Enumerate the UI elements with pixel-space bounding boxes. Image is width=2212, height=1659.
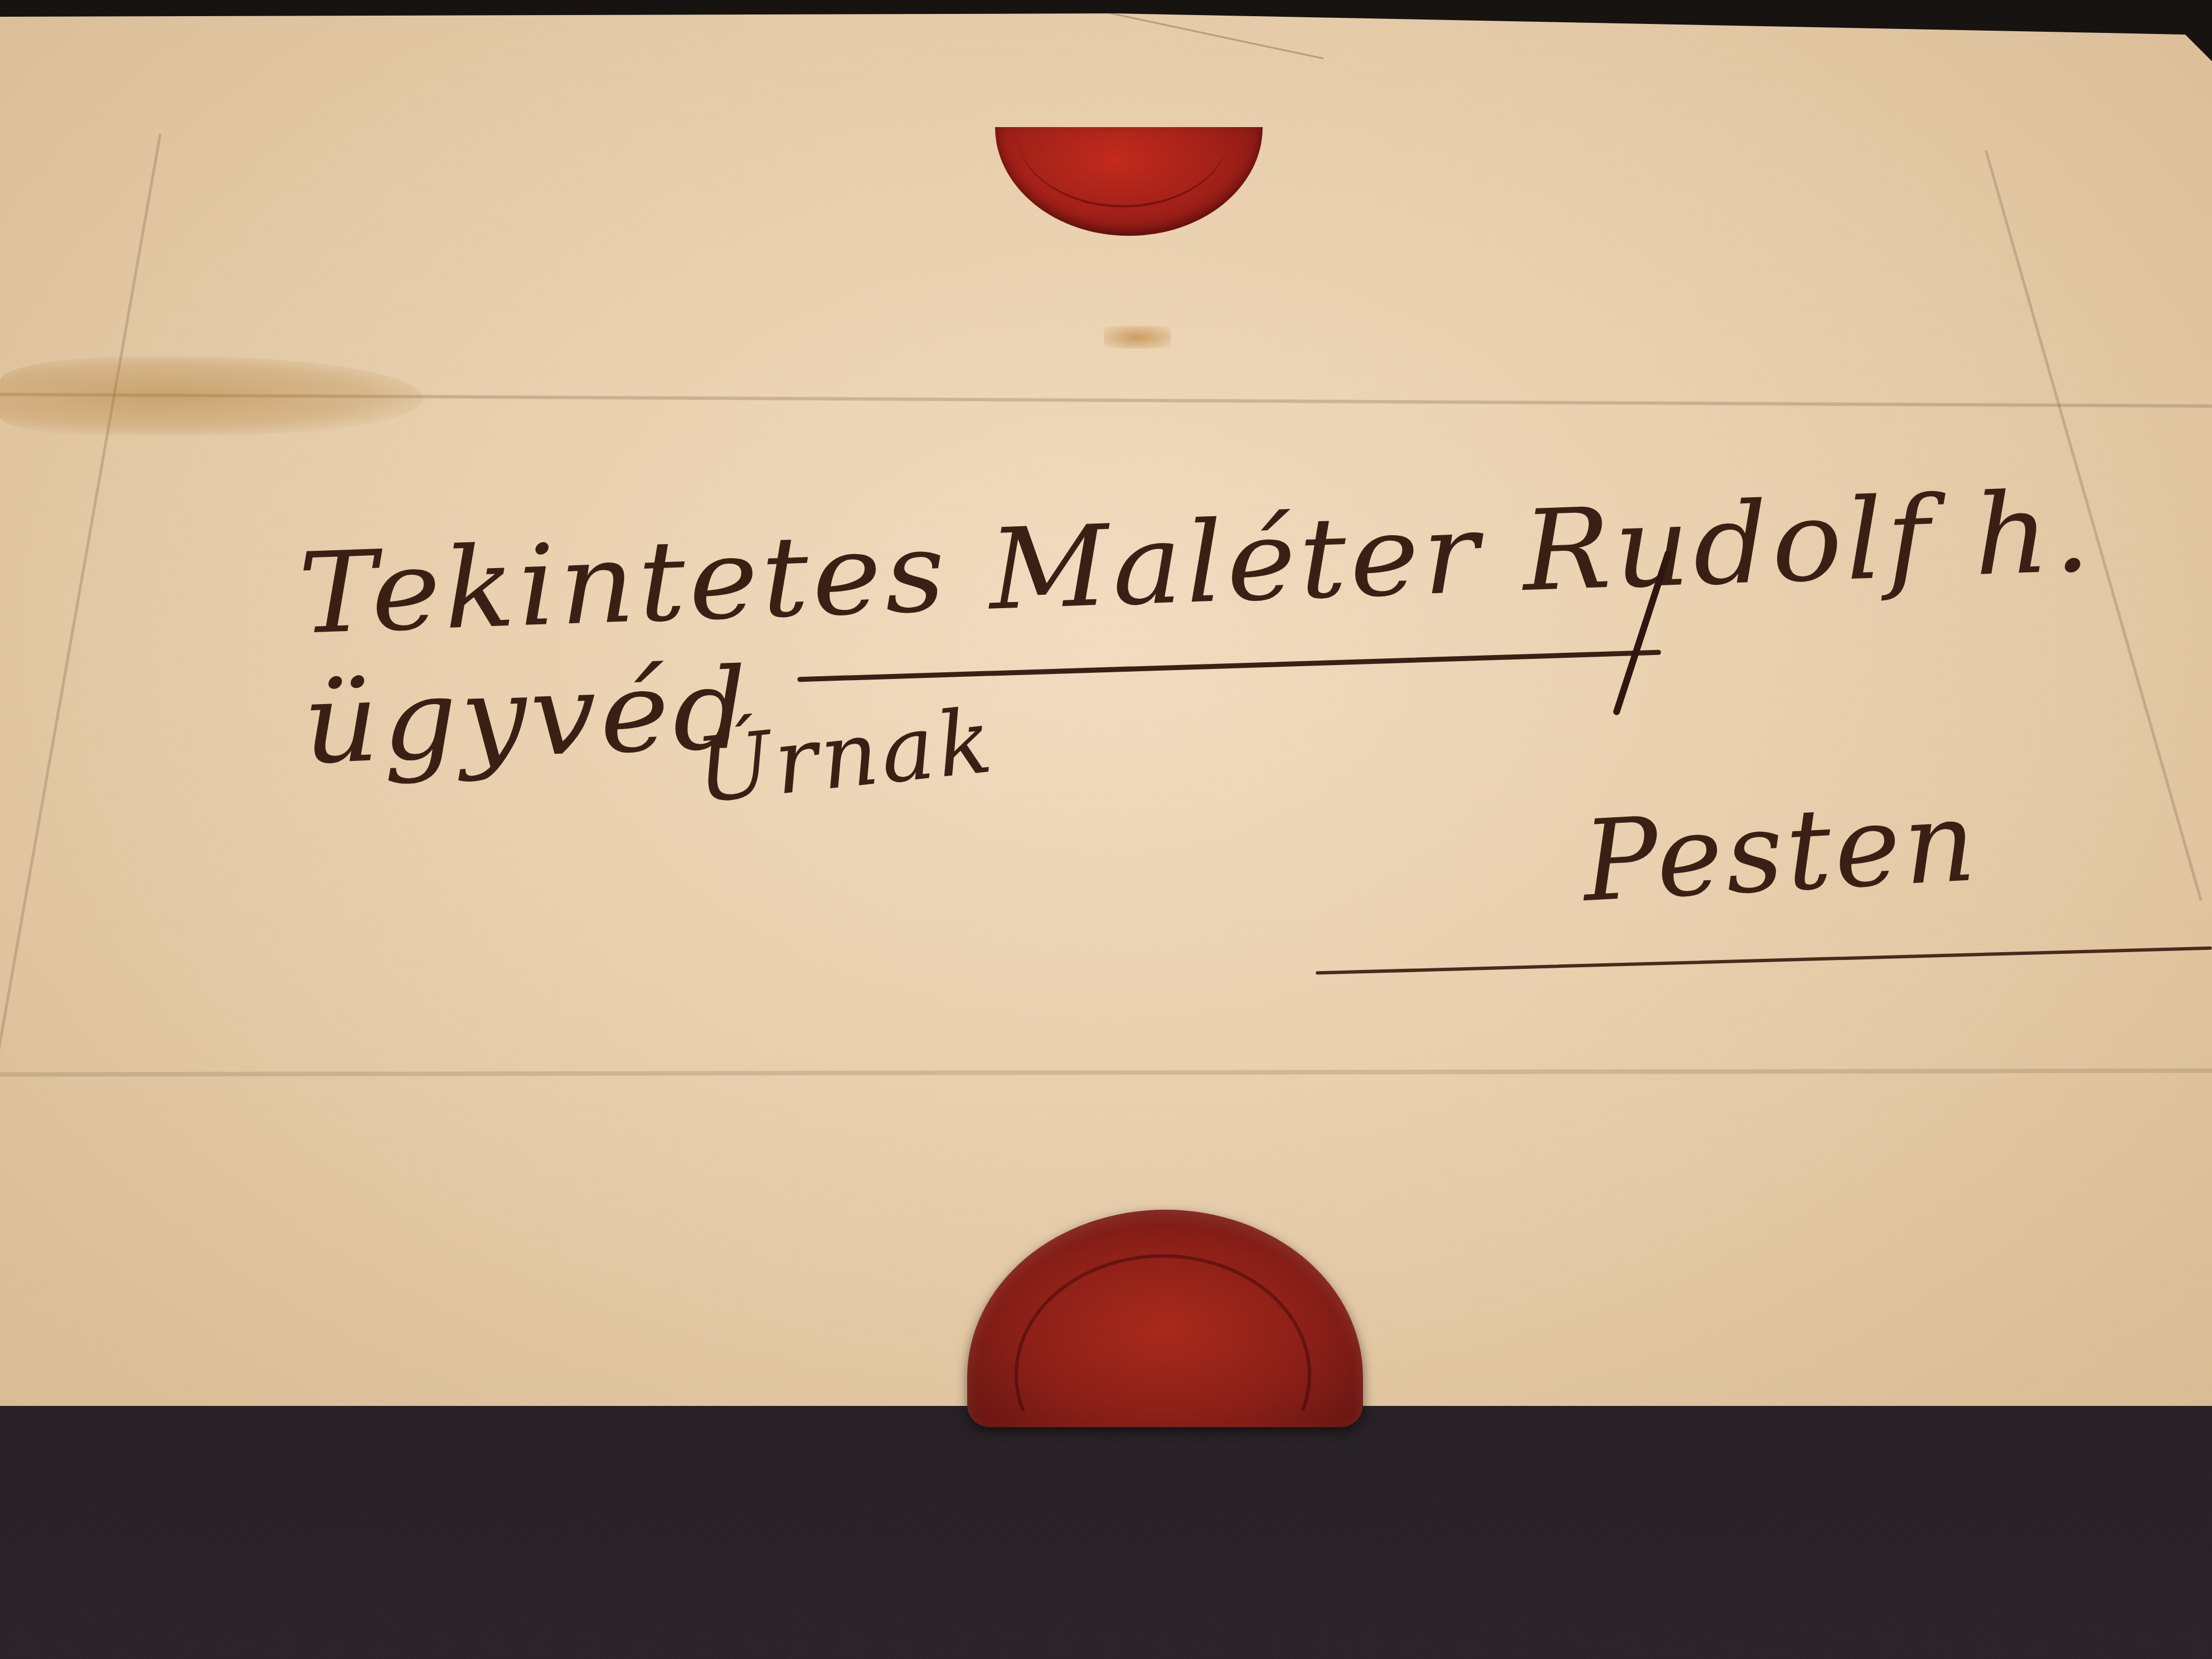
letter-paper: Tekintetes Maléter Rudolf h. ügyvéd Úrna… (0, 0, 2212, 1410)
small-stain (1104, 326, 1171, 348)
top-wax-seal (995, 127, 1263, 236)
water-stain (0, 357, 424, 435)
fold-line-bottom (0, 1069, 2212, 1077)
city-underline (1316, 947, 2212, 975)
address-line-1: Tekintetes Maléter Rudolf h. ügyvéd (297, 460, 2212, 789)
fold-line-left (0, 134, 162, 1068)
address-line-3: Pesten (1580, 777, 1982, 927)
